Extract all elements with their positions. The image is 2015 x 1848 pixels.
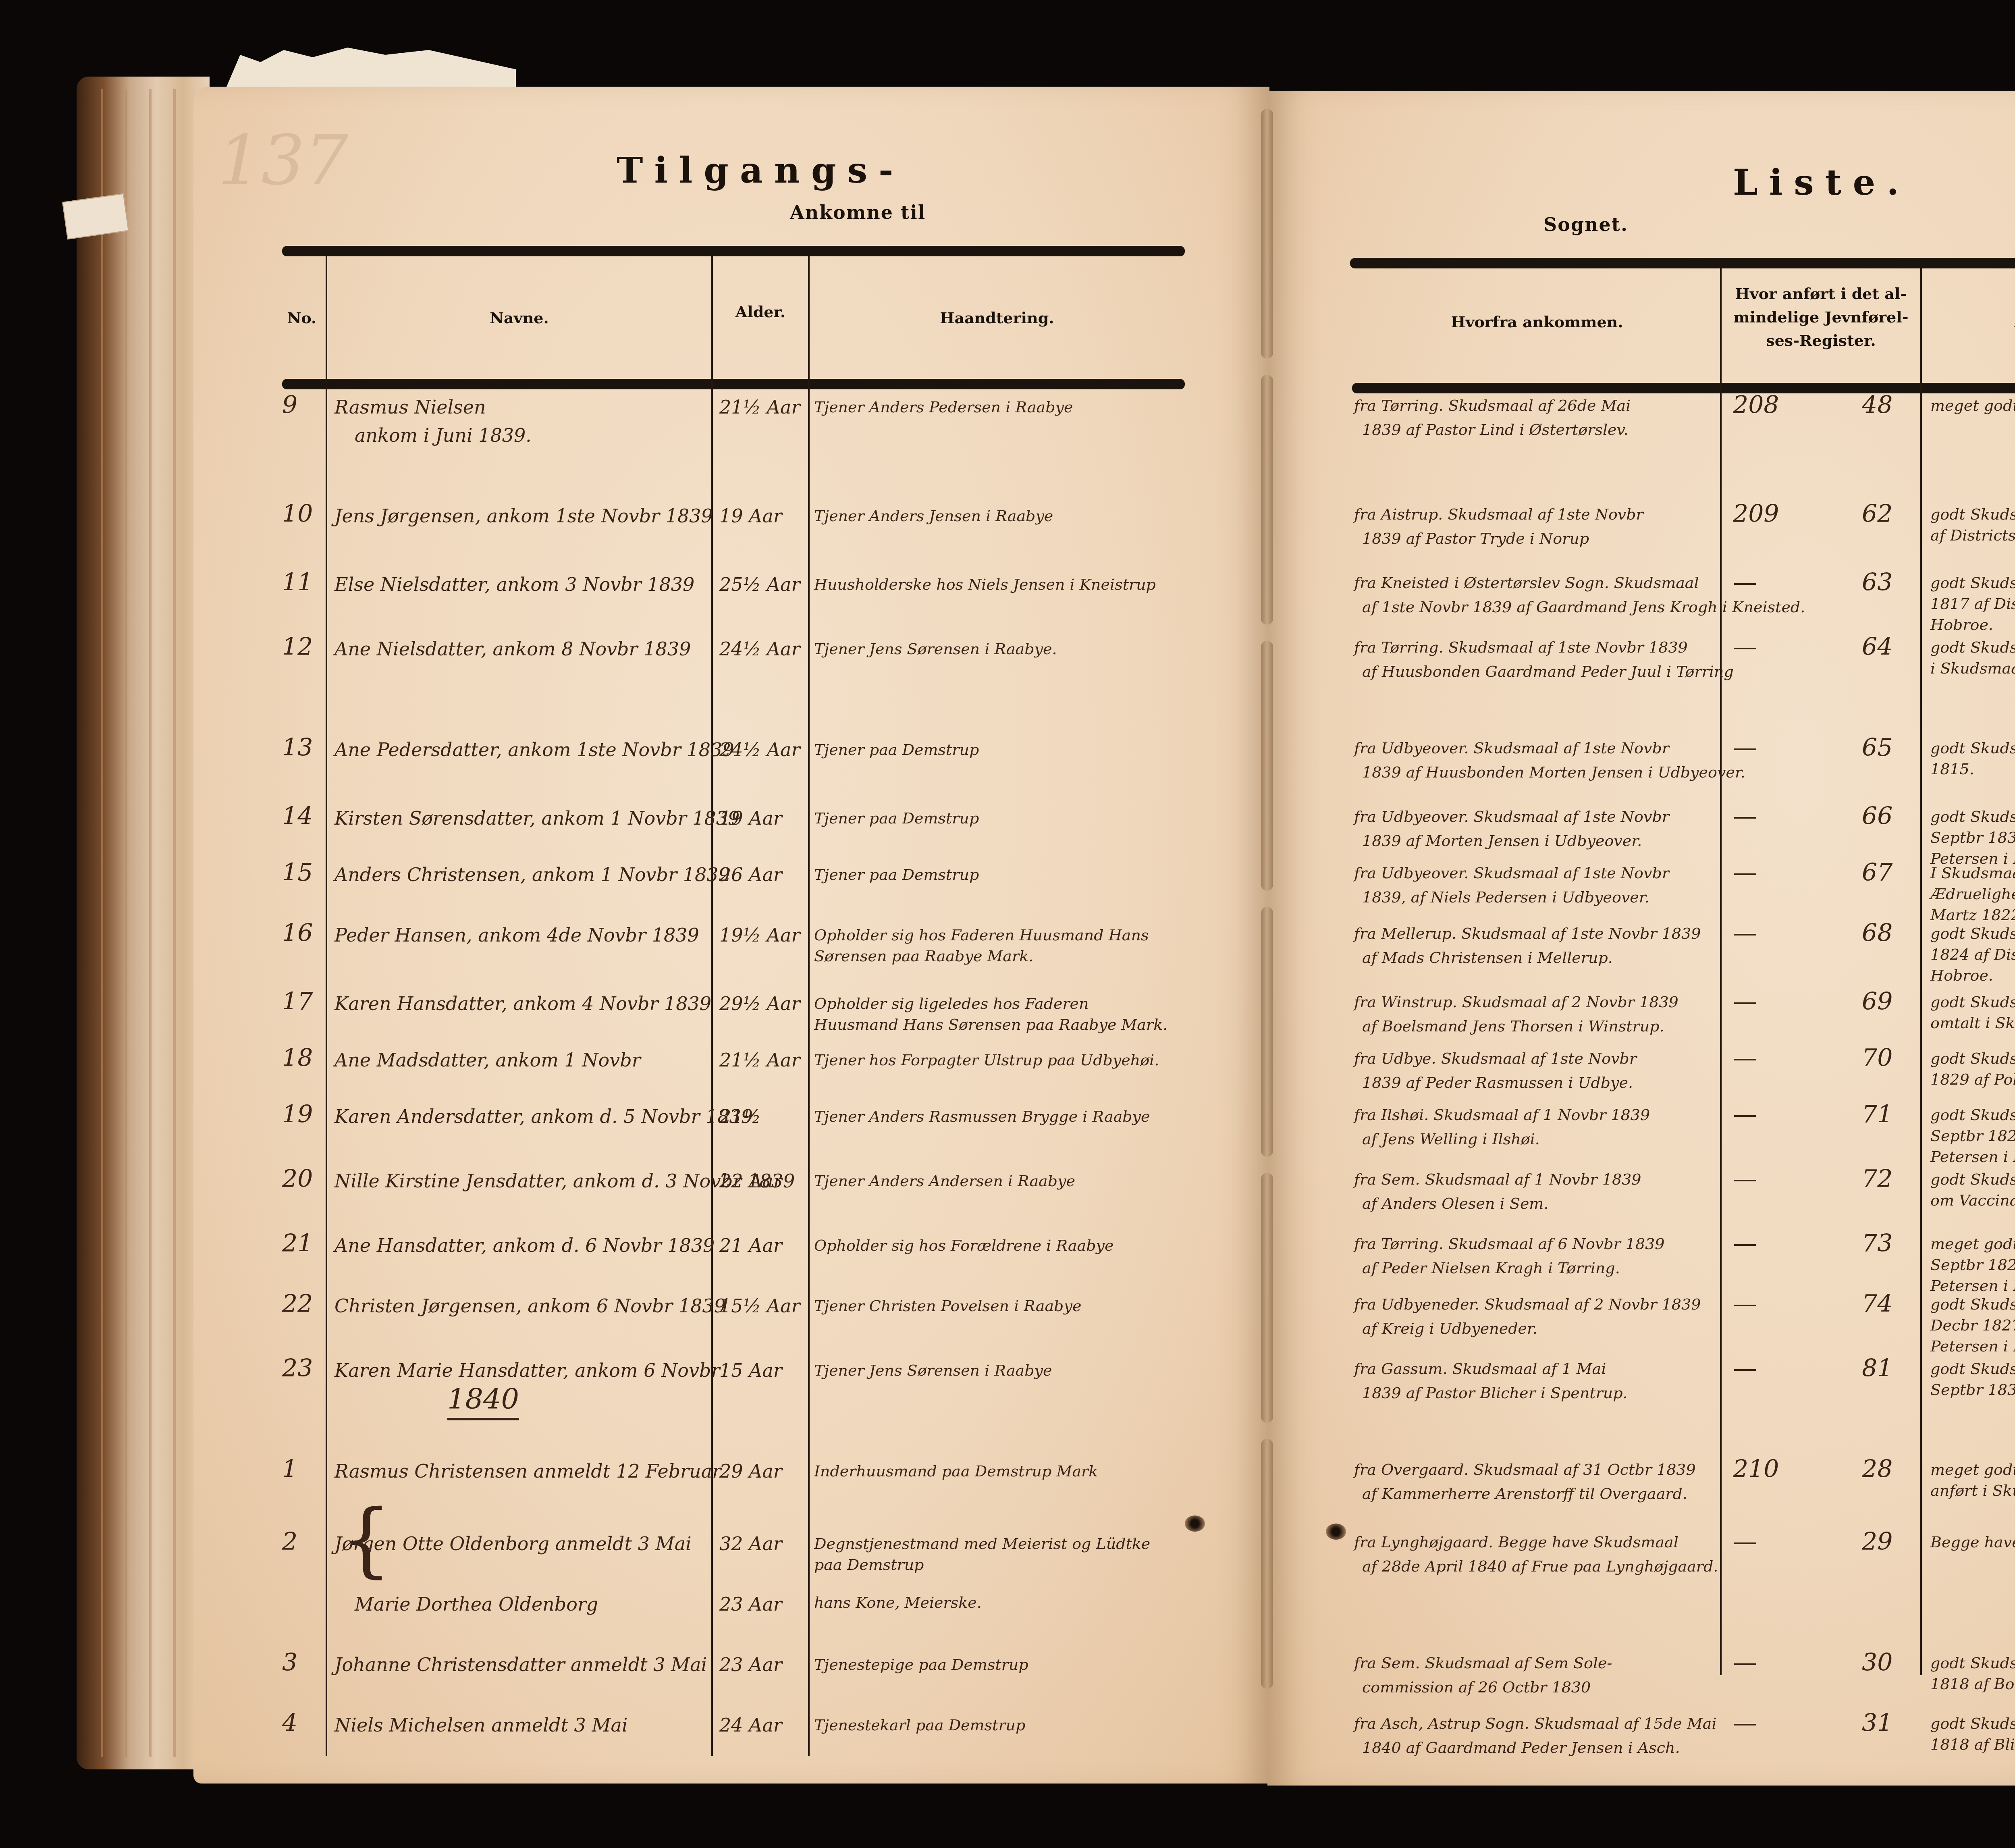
- entry-register-2: 69: [1862, 987, 1892, 1016]
- entry-occupation: Tjener Anders Jensen i Raabye: [814, 505, 1177, 526]
- entry-from-line2: af Peder Nielsen Kragh i Tørring.: [1362, 1258, 1620, 1278]
- entry-name: Ane Nielsdatter, ankom 8 Novbr 1839: [334, 637, 691, 661]
- entry-occupation: Tjener Anders Andersen i Raabye: [814, 1170, 1177, 1191]
- entry-from-line2: af 28de April 1840 af Frue paa Lynghøjga…: [1362, 1556, 1718, 1577]
- entry-occupation: Tjenestekarl paa Demstrup: [814, 1715, 1177, 1736]
- entry-name: Niels Michelsen anmeldt 3 Mai: [334, 1713, 628, 1737]
- entry-from: fra Tørring. Skudsmaal af 6 Novbr 1839: [1354, 1233, 1665, 1254]
- entry-age: 29 Aar: [719, 1459, 782, 1483]
- entry-name: Kirsten Sørensdatter, ankom 1 Novbr 1839: [334, 806, 740, 830]
- entry-from-line2: af Anders Olesen i Sem.: [1362, 1193, 1548, 1214]
- entry-number: 20: [282, 1165, 313, 1193]
- col-header-register-line1: Hvor anført i det al-: [1722, 282, 1920, 306]
- entry-from-line2: af 1ste Novbr 1839 af Gaardmand Jens Kro…: [1362, 597, 1805, 617]
- entry-remark: godt Skudsmaal, vaccineret 17 Octbr 1817…: [1930, 572, 2015, 635]
- entry-register-2: 29: [1862, 1528, 1892, 1556]
- entry-age: 29½ Aar: [719, 992, 800, 1016]
- entry-from: fra Kneisted i Østertørslev Sogn. Skudsm…: [1354, 572, 1699, 593]
- entry-register-2: 64: [1862, 633, 1892, 661]
- entry-remark: godt Skudsmaal. vaccineret 30 Juli 1818 …: [1930, 1653, 2015, 1694]
- entry-register-1: —: [1733, 568, 1757, 597]
- entry-age: 15½ Aar: [719, 1294, 800, 1318]
- entry-from-line2: commission af 26 Octbr 1830: [1362, 1677, 1591, 1698]
- entry-register-1: 209: [1733, 500, 1779, 528]
- entry-occupation: Tjener hos Forpagter Ulstrup paa Udbyehø…: [814, 1050, 1177, 1071]
- entry-register-2: 68: [1862, 919, 1892, 947]
- right-header-rule: [1352, 383, 2015, 393]
- entry-from-line2: 1839 af Huusbonden Morten Jensen i Udbye…: [1362, 762, 1745, 783]
- entry-from: fra Udbyeneder. Skudsmaal af 2 Novbr 183…: [1354, 1294, 1701, 1315]
- entry-remark: meget godt Skudsmaal. Vaccineret 16 Sept…: [1930, 1233, 2015, 1296]
- entry-number: 19: [282, 1100, 313, 1129]
- year-marker-1840: 1840: [447, 1382, 519, 1420]
- entry-register-1: —: [1733, 1709, 1757, 1737]
- entry-occupation: Tjener Anders Rasmussen Brygge i Raabye: [814, 1106, 1177, 1127]
- entry-age: 23 Aar: [719, 1653, 782, 1677]
- entry-name: Else Nielsdatter, ankom 3 Novbr 1839: [334, 572, 694, 597]
- entry-number: 16: [282, 919, 313, 947]
- entry-name: Karen Hansdatter, ankom 4 Novbr 1839: [334, 992, 711, 1016]
- entry-number: 21: [282, 1229, 313, 1258]
- right-col-divider-1: [1720, 268, 1722, 1675]
- entry-from: fra Tørring. Skudsmaal af 1ste Novbr 183…: [1354, 637, 1688, 658]
- entry-age: 21 Aar: [719, 1233, 782, 1258]
- entry-name-line2: ankom i Juni 1839.: [355, 423, 532, 447]
- left-col-divider-1: [326, 256, 327, 1756]
- entry-occupation: Tjener Anders Pedersen i Raabye: [814, 397, 1177, 418]
- col-header-anmaerkninger: Anmærkninger.: [1922, 310, 2015, 334]
- entry-occupation: Opholder sig ligeledes hos Faderen Huusm…: [814, 993, 1177, 1035]
- entry-remark: godt Skudsm: vaccineret 16 Septbr 1818 a…: [1930, 1713, 2015, 1755]
- entry-number: 15: [282, 859, 313, 887]
- entry-from: fra Udbyeover. Skudsmaal af 1ste Novbr: [1354, 806, 1669, 827]
- entry-number: 14: [282, 802, 313, 830]
- entry-register-1: —: [1733, 919, 1757, 947]
- entry-number: 10: [282, 500, 313, 528]
- col-header-register: Hvor anført i det al- mindelige Jevnføre…: [1722, 282, 1920, 352]
- entry-name: Johanne Christensdatter anmeldt 3 Mai: [334, 1653, 707, 1677]
- entry-register-2: 71: [1862, 1100, 1892, 1129]
- entry-name: Ane Madsdatter, ankom 1 Novbr: [334, 1048, 641, 1072]
- entry-remark: meget godt Skudsm: vaccin: Juni 1819.: [1930, 395, 2015, 416]
- book-left-edge: [77, 77, 210, 1769]
- entry-from-line2: af Kammerherre Arenstorff til Overgaard.: [1362, 1483, 1687, 1504]
- entry-name: Jens Jørgensen, ankom 1ste Novbr 1839: [334, 504, 713, 528]
- entry-register-2: 65: [1862, 734, 1892, 762]
- col-header-alder: Alder.: [713, 300, 808, 324]
- entry-number: 17: [282, 987, 313, 1016]
- entry-register-2: 67: [1862, 859, 1892, 887]
- entry-number: 9: [282, 391, 297, 419]
- entry-register-2: 72: [1862, 1165, 1892, 1193]
- entry-name: Peder Hansen, ankom 4de Novbr 1839: [334, 923, 699, 947]
- entry-from: fra Ilshøi. Skudsmaal af 1 Novbr 1839: [1354, 1104, 1650, 1125]
- entry-age: 19 Aar: [719, 806, 782, 830]
- entry-occupation: Tjener paa Demstrup: [814, 739, 1177, 760]
- entry-from-line2: af Huusbonden Gaardmand Peder Juul i Tør…: [1362, 661, 1734, 682]
- entry-from-line2: 1839, af Niels Pedersen i Udbyeover.: [1362, 887, 1649, 908]
- entry-from: fra Udbyeover. Skudsmaal af 1ste Novbr: [1354, 738, 1669, 759]
- entry-register-1: —: [1733, 802, 1757, 830]
- entry-from: fra Udbyeover. Skudsmaal af 1ste Novbr: [1354, 863, 1669, 883]
- entry-occupation: Inderhuusmand paa Demstrup Mark: [814, 1461, 1177, 1482]
- entry-age: 24½ Aar: [719, 637, 800, 661]
- entry-register-2: 63: [1862, 568, 1892, 597]
- entry-name: Rasmus Nielsen: [334, 395, 486, 419]
- left-top-rule: [282, 246, 1185, 256]
- entry-age: 21½ Aar: [719, 395, 800, 419]
- col-header-haandtering: Haandtering.: [810, 306, 1184, 330]
- entry-register-2: 81: [1862, 1354, 1892, 1382]
- entry-from: fra Sem. Skudsmaal af Sem Sole-: [1354, 1653, 1612, 1673]
- entry-register-1: —: [1733, 987, 1757, 1016]
- entry-register-2: 28: [1862, 1455, 1892, 1483]
- entry-from-line2: af Boelsmand Jens Thorsen i Winstrup.: [1362, 1016, 1664, 1037]
- entry-number: 22: [282, 1290, 313, 1318]
- entry-age: 32 Aar: [719, 1532, 782, 1556]
- entry-number: 12: [282, 633, 313, 661]
- entry-remark: godt Skudsmaal. Ingen Vaccination omtalt…: [1930, 992, 2015, 1033]
- entry-register-2: 70: [1862, 1044, 1892, 1072]
- entry-from-line2: af Mads Christensen i Mellerup.: [1362, 947, 1613, 968]
- entry-occupation: Tjener Jens Sørensen i Raabye.: [814, 638, 1177, 659]
- entry-age: 24 Aar: [719, 1713, 782, 1737]
- spine-stitching: [1259, 93, 1275, 1786]
- entry-from-line2: 1839 af Pastor Blicher i Spentrup.: [1362, 1382, 1628, 1403]
- col-header-register-line3: ses-Register.: [1722, 329, 1920, 352]
- entry-from-line2: 1839 af Peder Rasmussen i Udbye.: [1362, 1072, 1633, 1093]
- entry-remark: I Skudsmaalet er han formanet til Ædruel…: [1930, 863, 2015, 925]
- entry-from-line2: af Kreig i Udbyeneder.: [1362, 1318, 1537, 1339]
- entry-from: fra Gassum. Skudsmaal af 1 Mai: [1354, 1358, 1606, 1379]
- entry-from: fra Lynghøjgaard. Begge have Skudsmaal: [1354, 1532, 1678, 1553]
- col-header-navne: Navne.: [327, 306, 711, 330]
- entry-from: fra Sem. Skudsmaal af 1 Novbr 1839: [1354, 1169, 1641, 1190]
- entry-register-1: —: [1733, 1290, 1757, 1318]
- entry-remark: godt Skudsmaal, vaccineret d. 18 Decbr 1…: [1930, 1294, 2015, 1357]
- entry-from-line2: 1839 af Morten Jensen i Udbyeover.: [1362, 830, 1642, 851]
- entry-occupation: Tjener Christen Povelsen i Raabye: [814, 1295, 1177, 1316]
- entry-age-b: 23 Aar: [719, 1592, 782, 1616]
- entry-remark: godt Skudsmaal. Vaccination ei omtalt i …: [1930, 637, 2015, 679]
- entry-remark: godt Skudsmaal vaccineret d. 16 Septbr 1…: [1930, 1104, 2015, 1167]
- brace-entry-2: {: [341, 1499, 392, 1580]
- entry-from: fra Overgaard. Skudsmaal af 31 Octbr 183…: [1354, 1459, 1696, 1480]
- entry-age: 25½ Aar: [719, 572, 800, 597]
- col-header-no: No.: [278, 306, 326, 330]
- entry-register-2: 73: [1862, 1229, 1892, 1258]
- entry-from: fra Mellerup. Skudsmaal af 1ste Novbr 18…: [1354, 923, 1701, 944]
- entry-from: fra Asch, Astrup Sogn. Skudsmaal af 15de…: [1354, 1713, 1717, 1734]
- entry-number: 23: [282, 1354, 313, 1382]
- entry-occupation: Tjenestepige paa Demstrup: [814, 1654, 1177, 1675]
- entry-name: Anders Christensen, ankom 1 Novbr 1839: [334, 863, 730, 887]
- entry-register-1: 210: [1733, 1455, 1779, 1483]
- entry-from-line2: 1840 af Gaardmand Peder Jensen i Asch.: [1362, 1737, 1680, 1758]
- entry-register-1: —: [1733, 859, 1757, 887]
- entry-name: Karen Marie Hansdatter, ankom 6 Novbr: [334, 1358, 720, 1382]
- entry-remark: meget godt Skudsmaal. Vaccination ei anf…: [1930, 1459, 2015, 1501]
- entry-register-1: —: [1733, 1044, 1757, 1072]
- entry-remark: godt Skudsmaal. I Skudsmaalet intet om V…: [1930, 1169, 2015, 1211]
- entry-age: 19½ Aar: [719, 923, 800, 947]
- entry-from-line2: 1839 af Pastor Lind i Østertørslev.: [1362, 419, 1629, 440]
- entry-number: 13: [282, 734, 313, 762]
- entry-register-2: 48: [1862, 391, 1892, 419]
- entry-register-2: 30: [1862, 1648, 1892, 1677]
- entry-name: Ane Pedersdatter, ankom 1ste Novbr 1839: [334, 738, 734, 762]
- entry-number: 11: [282, 568, 313, 597]
- entry-occupation: Huusholderske hos Niels Jensen i Kneistr…: [814, 574, 1177, 595]
- entry-occupation-b: hans Kone, Meierske.: [814, 1592, 982, 1613]
- entry-number: 1: [282, 1455, 297, 1483]
- left-title: Tilgangs-: [617, 149, 904, 191]
- ink-hole: [1326, 1524, 1346, 1540]
- entry-number: 2: [282, 1528, 297, 1556]
- entry-age: 24½ Aar: [719, 738, 800, 762]
- entry-remark: godt Skudsmaal, vaccineret d. 10 Juli 18…: [1930, 1048, 2015, 1090]
- entry-from-line2: af Jens Welling i Ilshøi.: [1362, 1129, 1540, 1150]
- entry-age: 21½: [719, 1104, 761, 1129]
- left-col-divider-2: [711, 256, 713, 1756]
- left-subtitle: Ankomne til: [790, 202, 926, 223]
- right-col-divider-2: [1920, 268, 1922, 1675]
- entry-register-1: 208: [1733, 391, 1779, 419]
- col-header-hvorfra: Hvorfra ankommen.: [1354, 310, 1720, 334]
- col-header-register-line2: mindelige Jevnførel-: [1722, 306, 1920, 329]
- entry-age: 26 Aar: [719, 863, 782, 887]
- entry-register-1: —: [1733, 734, 1757, 762]
- entry-from: fra Aistrup. Skudsmaal af 1ste Novbr: [1354, 504, 1643, 525]
- entry-from-line2: 1839 af Pastor Tryde i Norup: [1362, 528, 1589, 549]
- entry-occupation: Tjener Jens Sørensen i Raabye: [814, 1360, 1177, 1381]
- entry-occupation: Tjener paa Demstrup: [814, 864, 1177, 885]
- entry-register-2: 66: [1862, 802, 1892, 830]
- ink-hole: [1185, 1515, 1205, 1532]
- entry-occupation: Opholder sig hos Forældrene i Raabye: [814, 1235, 1177, 1256]
- entry-number: 4: [282, 1709, 297, 1737]
- entry-name-b: Marie Dorthea Oldenborg: [355, 1592, 598, 1616]
- entry-number: 18: [282, 1044, 313, 1072]
- entry-register-2: 31: [1862, 1709, 1892, 1737]
- entry-name: Christen Jørgensen, ankom 6 Novbr 1839: [334, 1294, 726, 1318]
- entry-age: 22 Aar: [719, 1169, 782, 1193]
- entry-remark: Begge have meget godt Skudsmaal.: [1930, 1532, 2015, 1553]
- right-title: Liste.: [1733, 161, 1910, 203]
- right-top-rule: [1350, 258, 2015, 268]
- entry-register-1: —: [1733, 1100, 1757, 1129]
- entry-register-1: —: [1733, 633, 1757, 661]
- entry-occupation: Opholder sig hos Faderen Huusmand Hans S…: [814, 925, 1177, 967]
- entry-age: 21½ Aar: [719, 1048, 800, 1072]
- entry-remark: godt Skudsmaal, vaccineret d. 20 Juni 18…: [1930, 738, 2015, 780]
- entry-register-1: —: [1733, 1354, 1757, 1382]
- entry-age: 19 Aar: [719, 504, 782, 528]
- entry-occupation: Degnstjenestmand med Meierist og Lüdtke …: [814, 1533, 1177, 1575]
- entry-occupation: Tjener paa Demstrup: [814, 808, 1177, 829]
- entry-from: fra Tørring. Skudsmaal af 26de Mai: [1354, 395, 1631, 416]
- entry-name: Ane Hansdatter, ankom d. 6 Novbr 1839: [334, 1233, 715, 1258]
- left-col-divider-3: [808, 256, 810, 1756]
- entry-register-1: —: [1733, 1648, 1757, 1677]
- entry-age: 15 Aar: [719, 1358, 782, 1382]
- right-subtitle: Sognet.: [1543, 214, 1628, 235]
- entry-remark: godt Skudsmaal, vaccineret i Juli 1826 a…: [1930, 504, 2015, 546]
- entry-register-1: —: [1733, 1229, 1757, 1258]
- entry-register-1: —: [1733, 1528, 1757, 1556]
- entry-register-2: 62: [1862, 500, 1892, 528]
- entry-name: Rasmus Christensen anmeldt 12 Februar: [334, 1459, 721, 1483]
- left-header-rule: [282, 379, 1185, 389]
- entry-name: Karen Andersdatter, ankom d. 5 Novbr 183…: [334, 1104, 753, 1129]
- entry-register-2: 74: [1862, 1290, 1892, 1318]
- faint-page-number: 137: [218, 121, 348, 201]
- entry-remark: godt Skudsmaal. vaccineret d. 24 Septbr …: [1930, 1358, 2015, 1400]
- entry-register-1: —: [1733, 1165, 1757, 1193]
- entry-number: 3: [282, 1648, 297, 1677]
- entry-from: fra Winstrup. Skudsmaal af 2 Novbr 1839: [1354, 992, 1678, 1012]
- entry-from: fra Udbye. Skudsmaal af 1ste Novbr: [1354, 1048, 1637, 1069]
- entry-remark: godt Skudsmaal, vaccineret 16 Septbr 182…: [1930, 923, 2015, 986]
- entry-remark: godt Skudsmaal vaccineret d. 15 Septbr 1…: [1930, 806, 2015, 869]
- torn-page-top: [226, 40, 516, 89]
